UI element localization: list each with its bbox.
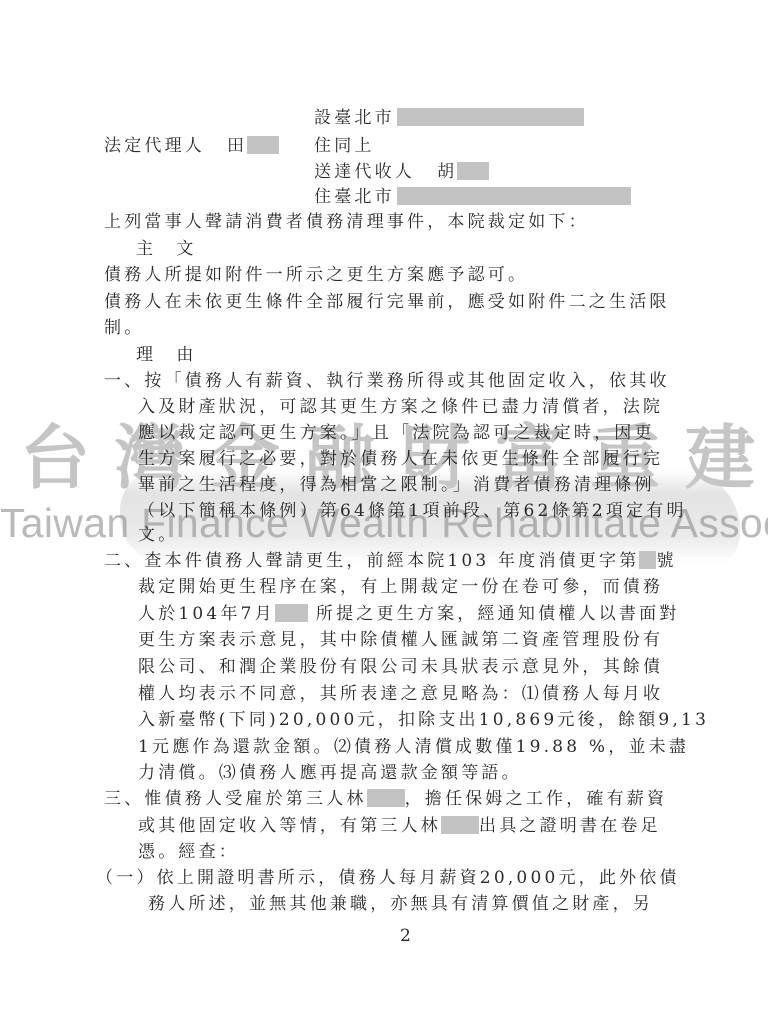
reason-2-line: 限公司、和潤企業股份有限公司未具狀表示意見外，其餘債: [138, 656, 663, 678]
redacted-address: [397, 108, 584, 126]
service-agent-surname: 胡: [437, 162, 457, 182]
redacted-address: [397, 187, 631, 205]
redacted-name: [367, 789, 405, 807]
redacted-name: [457, 162, 489, 180]
redacted-name: [247, 136, 279, 154]
reason-1-line: 文。: [138, 524, 178, 546]
redacted-date: [275, 604, 308, 622]
reason-2-text: 所提之更生方案，經通知債權人以書面對: [316, 604, 680, 624]
reason-2-line: 裁定開始更生程序在案，有上開裁定一份在卷可參，而債務: [138, 576, 663, 598]
reason-1-line: 畢前之生活程度，得為相當之限制。」消費者債務清理條例: [138, 474, 655, 496]
legal-rep-line: 法定代理人田: [104, 135, 279, 157]
page-number: 2: [400, 926, 411, 946]
reason-3-text: 或其他固定收入等情，有第三人林: [138, 816, 441, 836]
reason-1-line: 一、按「債務人有薪資、執行業務所得或其他固定收入，依其收: [104, 370, 670, 392]
reason-1-line: （以下簡稱本條例）第64條第1項前段、第62條第2項定有明: [138, 500, 687, 522]
same-address: 住同上: [314, 135, 375, 157]
service-agent-line: 送達代收人胡: [314, 161, 489, 183]
main-line: 制。: [104, 317, 144, 339]
main-line: 債務人在未依更生條件全部履行完畢前，應受如附件二之生活限: [104, 291, 670, 313]
reason-1-line: 入及財產狀況，可認其更生方案之條件已盡力清償者，法院: [138, 396, 663, 418]
reason-1-line: 應以裁定認可更生方案。」且「法院為認可之裁定時，因更: [138, 422, 655, 444]
service-agent-label: 送達代收人: [314, 162, 415, 182]
reason-3-line: 三、惟債務人受雇於第三人林，擔任保姆之工作，確有薪資: [104, 788, 667, 810]
redacted-name: [441, 816, 479, 834]
reason-2-text: 號: [656, 551, 676, 571]
reason-1-line: 生方案履行之必要，對於債務人在未依更生條件全部履行完: [138, 448, 663, 470]
reason-3-text: 出具之證明書在卷足: [479, 816, 661, 836]
reason-3-text: ，擔任保姆之工作，確有薪資: [405, 789, 668, 809]
reason-3-line: 憑。經查：: [138, 841, 239, 863]
reason-2-line: 更生方案表示意見，其中除債權人匯誠第二資產管理股份有: [138, 629, 663, 651]
main-line: 債務人所提如附件一所示之更生方案應予認可。: [104, 264, 528, 286]
address-label: 設臺北市: [314, 108, 395, 128]
intro-text: 上列當事人聲請消費者債務清理事件，本院裁定如下：: [104, 211, 589, 233]
main-heading: 主 文: [136, 238, 197, 260]
reason-2-line: 權人均表示不同意，其所表達之意見略為：⑴債務人每月收: [138, 683, 663, 705]
reason-2-line: 二、查本件債務人聲請更生，前經本院103 年度消債更字第號: [104, 550, 677, 572]
address-line-2: 住臺北市: [314, 186, 631, 208]
reasons-heading: 理 由: [136, 344, 197, 366]
reason-2-line: 1元應作為還款金額。⑵債務人清償成數僅19.88 %，並未盡: [138, 736, 689, 758]
reason-2-text: 人於104年7月: [138, 604, 275, 624]
sub-item-1-line: 務人所述，並無其他兼職，亦無具有清算價值之財產，另: [148, 893, 653, 915]
reason-2-line: 人於104年7月所提之更生方案，經通知債權人以書面對: [138, 603, 679, 625]
sub-item-1-line: （一）依上開證明書所示，債務人每月薪資20,000元，此外依債: [96, 867, 680, 889]
reason-2-text: 二、查本件債務人聲請更生，前經本院103 年度消債更字第: [104, 551, 639, 571]
reason-2-line: 入新臺幣(下同)20,000元，扣除支出10,869元後，餘額9,13: [138, 709, 709, 731]
document-page: 設臺北市 法定代理人田 住同上 送達代收人胡 住臺北市 上列當事人聲請消費者債務…: [0, 0, 768, 1024]
reason-2-line: 力清償。⑶債務人應再提高還款金額等語。: [138, 762, 522, 784]
redacted-case-number: [639, 551, 656, 569]
address-label: 住臺北市: [314, 187, 395, 207]
reason-3-text: 三、惟債務人受雇於第三人林: [104, 789, 367, 809]
address-line-1: 設臺北市: [314, 107, 584, 129]
legal-rep-surname: 田: [227, 136, 247, 156]
legal-rep-label: 法定代理人: [104, 136, 205, 156]
reason-3-line: 或其他固定收入等情，有第三人林出具之證明書在卷足: [138, 815, 661, 837]
